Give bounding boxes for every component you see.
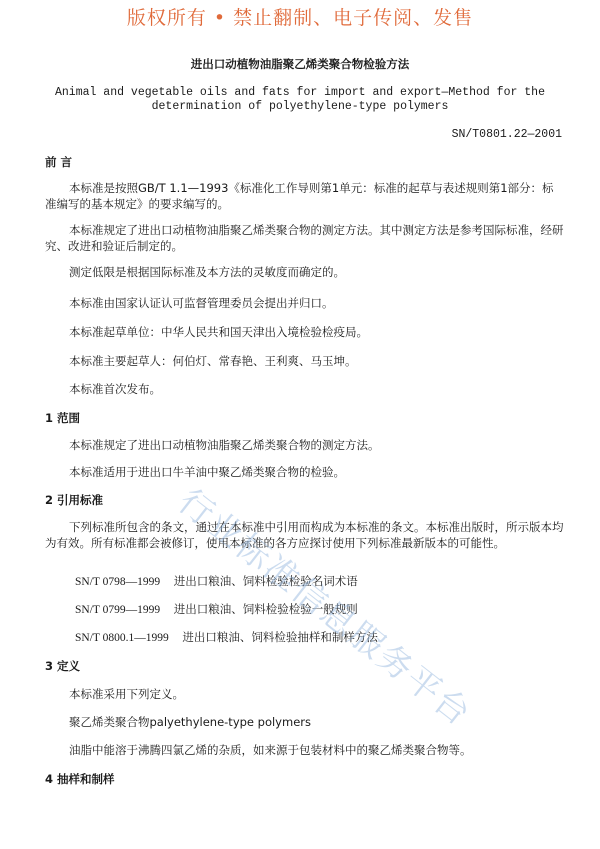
foreword-paragraph-1: 本标准是按照GB/T 1.1—1993《标准化工作导则第1单元：标准的起草与表述… [45,180,565,212]
title-en-line-1: Animal and vegetable oils and fats for i… [40,86,560,100]
section-1-paragraph-1: 本标准规定了进出口动植物油脂聚乙烯类聚合物的测定方法。 [45,437,589,453]
foreword-paragraph-3: 测定低限是根据国际标准及本方法的灵敏度而确定的。 [45,264,589,280]
foreword-paragraph-7: 本标准首次发布。 [45,381,589,397]
reference-code: SN/T 0800.1—1999 [75,630,169,646]
section-1-heading: 1 范围 [45,410,565,426]
foreword-paragraph-5: 本标准起草单位：中华人民共和国天津出入境检验检疫局。 [45,324,589,340]
document-title-cn: 进出口动植物油脂聚乙烯类聚合物检验方法 [0,56,600,72]
section-3-definition: 油脂中能溶于沸腾四氯乙烯的杂质，如来源于包装材料中的聚乙烯类聚合物等。 [45,742,589,758]
standard-code: SN/T0801.22—2001 [452,128,562,141]
section-2-heading: 2 引用标准 [45,492,565,508]
section-1-paragraph-2: 本标准适用于进出口牛羊油中聚乙烯类聚合物的检验。 [45,464,589,480]
document-title-en: Animal and vegetable oils and fats for i… [40,86,560,114]
reference-title: 进出口粮油、饲料检验检验一般规则 [174,602,358,616]
foreword-paragraph-6: 本标准主要起草人：何伯灯、常春艳、王利爽、马玉坤。 [45,353,589,369]
reference-code: SN/T 0799—1999 [75,602,160,618]
reference-item: SN/T 0798—1999 进出口粮油、饲料检验检验名词术语 [45,573,595,590]
foreword-heading: 前 言 [45,154,565,170]
foreword-paragraph-4: 本标准由国家认证认可监督管理委员会提出并归口。 [45,295,589,311]
section-4-heading: 4 抽样和制样 [45,771,565,787]
reference-title: 进出口粮油、饲料检验抽样和制样方法 [182,630,378,644]
section-3-heading: 3 定义 [45,658,565,674]
reference-title: 进出口粮油、饲料检验检验名词术语 [174,574,358,588]
section-3-paragraph-1: 本标准采用下列定义。 [45,686,589,702]
reference-item: SN/T 0800.1—1999 进出口粮油、饲料检验抽样和制样方法 [45,629,595,646]
reference-code: SN/T 0798—1999 [75,574,160,590]
title-en-line-2: determination of polyethylene-type polym… [40,100,560,114]
section-2-intro: 下列标准所包含的条文，通过在本标准中引用而构成为本标准的条文。本标准出版时，所示… [45,519,565,551]
copyright-banner: 版权所有 • 禁止翻制、电子传阅、发售 [0,0,600,40]
reference-item: SN/T 0799—1999 进出口粮油、饲料检验检验一般规则 [45,601,595,618]
foreword-paragraph-2: 本标准规定了进出口动植物油脂聚乙烯类聚合物的测定方法。其中测定方法是参考国际标准… [45,222,565,254]
section-3-term: 聚乙烯类聚合物palyethylene-type polymers [45,714,589,730]
